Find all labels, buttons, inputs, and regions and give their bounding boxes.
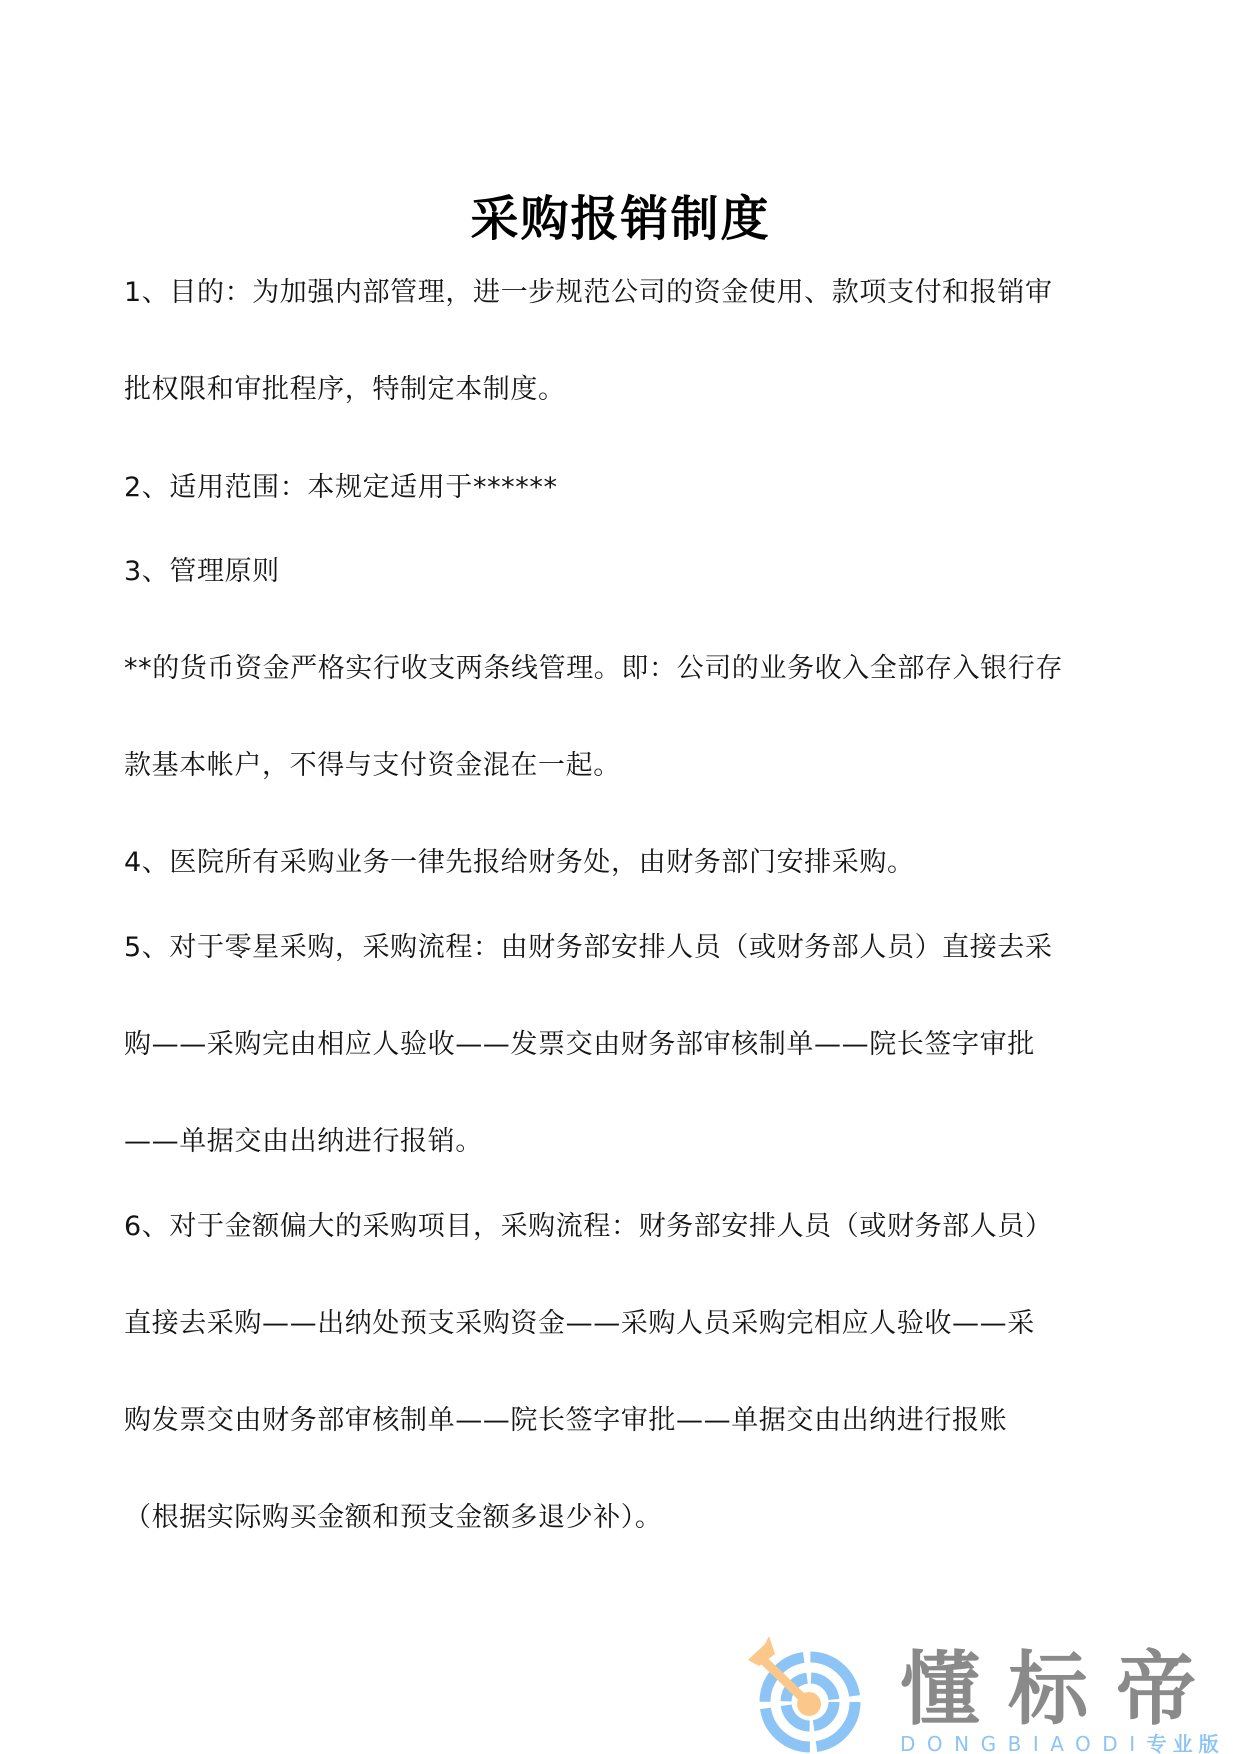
body-line: **的货币资金严格实行收支两条线管理。即：公司的业务收入全部存入银行存 bbox=[124, 651, 1063, 687]
body-line: 批权限和审批程序，特制定本制度。 bbox=[124, 372, 566, 408]
body-line: 6、对于金额偏大的采购项目，采购流程：财务部安排人员（或财务部人员） bbox=[124, 1209, 1053, 1245]
watermark-subtitle: DONGBIAODI专业版 bbox=[900, 1733, 1225, 1754]
target-arrow-icon bbox=[745, 1632, 865, 1754]
body-line: 3、管理原则 bbox=[124, 554, 280, 590]
document-title: 采购报销制度 bbox=[0, 180, 1241, 249]
watermark-edition: 专业版 bbox=[1147, 1732, 1225, 1754]
watermark-brand: 懂标帝 bbox=[900, 1648, 1224, 1732]
body-line: 4、医院所有采购业务一律先报给财务处，由财务部门安排采购。 bbox=[124, 845, 915, 881]
body-line: 5、对于零星采购，采购流程：由财务部安排人员（或财务部人员）直接去采 bbox=[124, 930, 1053, 966]
body-line: 1、目的：为加强内部管理，进一步规范公司的资金使用、款项支付和报销审 bbox=[124, 275, 1053, 311]
body-line: 款基本帐户，不得与支付资金混在一起。 bbox=[124, 748, 621, 784]
body-line: （根据实际购买金额和预支金额多退少补）。 bbox=[124, 1500, 663, 1536]
body-line: 购——采购完由相应人验收——发票交由财务部审核制单——院长签字审批 bbox=[124, 1027, 1035, 1063]
body-line: 直接去采购——出纳处预支采购资金——采购人员采购完相应人验收——采 bbox=[124, 1306, 1035, 1342]
body-line: 购发票交由财务部审核制单——院长签字审批——单据交由出纳进行报账 bbox=[124, 1403, 1007, 1439]
body-line: ——单据交由出纳进行报销。 bbox=[124, 1124, 483, 1160]
body-line: 2、适用范围：本规定适用于****** bbox=[124, 470, 558, 506]
watermark-brand-en: DONGBIAODI bbox=[900, 1732, 1147, 1754]
